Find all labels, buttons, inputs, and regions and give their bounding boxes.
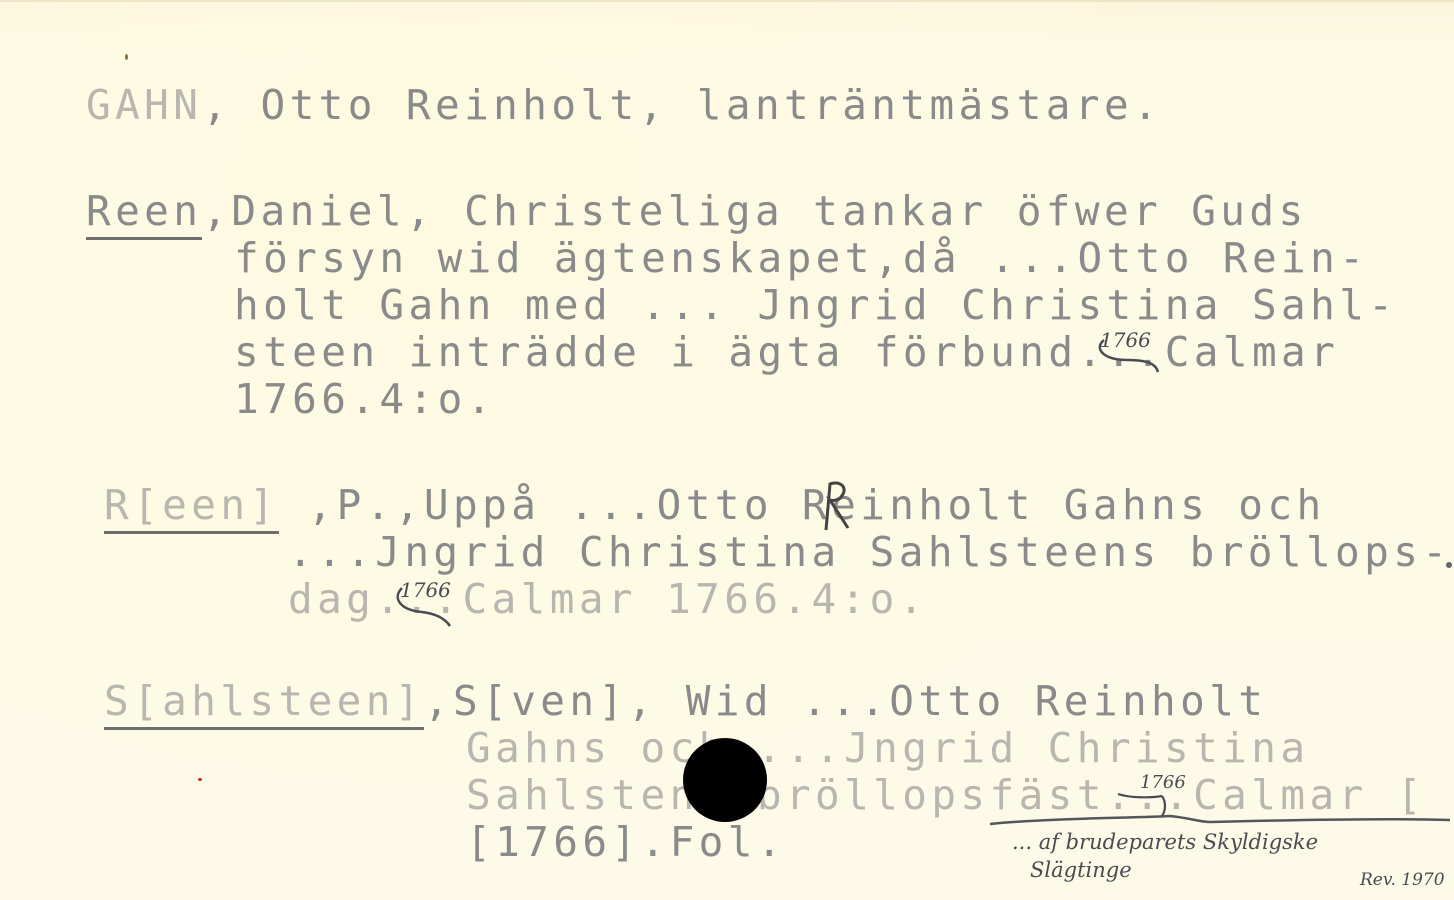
entry-3-text-1: ,S[ven], Wid ...Otto Reinholt bbox=[424, 677, 1267, 725]
entry-3-line-1: S[ahlsteen],S[ven], Wid ...Otto Reinholt bbox=[104, 678, 1267, 725]
paper-speck bbox=[198, 778, 202, 781]
heading-rest: , Otto Reinholt, lanträntmästare. bbox=[202, 81, 1162, 129]
entry-3-author: S[ahlsteen] bbox=[104, 677, 424, 730]
entry-1-line-5: 1766.4:o. bbox=[234, 376, 496, 423]
entry-2-line-3: dag...Calmar 1766.4:o. bbox=[288, 576, 928, 623]
entry-2-line-1: R[een] ,P.,Uppå ...Otto Reinholt Gahns o… bbox=[104, 482, 1326, 529]
paper-speck bbox=[1446, 562, 1452, 568]
catalogue-card: GAHN, Otto Reinholt, lanträntmästare. Re… bbox=[0, 0, 1454, 900]
entry-1-line-1: Reen,Daniel, Christeliga tankar öfwer Gu… bbox=[86, 188, 1308, 235]
entry-3-line-2: Gahns och ...Jngrid Christina bbox=[466, 725, 1309, 772]
paper-speck bbox=[125, 54, 128, 60]
card-heading: GAHN, Otto Reinholt, lanträntmästare. bbox=[86, 82, 1162, 129]
punch-hole bbox=[683, 738, 767, 822]
entry-1-text-1: ,Daniel, Christeliga tankar öfwer Guds bbox=[202, 187, 1307, 235]
entry-1-omission-mark bbox=[1092, 338, 1172, 374]
entry-2-text-1: ,P.,Uppå ...Otto Reinholt Gahns och bbox=[279, 481, 1326, 529]
entry-1-line-4: steen inträdde i ägta förbund...Calmar bbox=[234, 329, 1339, 376]
heading-surname: GAHN bbox=[86, 81, 202, 129]
entry-2-omission-mark bbox=[392, 586, 462, 628]
entry-3-brace-mark bbox=[990, 782, 1454, 832]
entry-2-author: R[een] bbox=[104, 481, 279, 534]
revision-note: Rev. 1970 bbox=[1360, 870, 1445, 890]
handwritten-note-line-1: ... af brudeparets Skyldigske bbox=[1012, 830, 1318, 854]
handwritten-r-correction bbox=[818, 480, 858, 532]
entry-1-author: Reen bbox=[86, 187, 202, 240]
entry-2-line-2: ...Jngrid Christina Sahlsteens bröllops- bbox=[288, 529, 1451, 576]
handwritten-note-line-2: Slägtinge bbox=[1030, 858, 1132, 882]
entry-1-line-3: holt Gahn med ... Jngrid Christina Sahl- bbox=[234, 282, 1397, 329]
entry-1-line-2: försyn wid ägtenskapet,då ...Otto Rein- bbox=[234, 235, 1368, 282]
entry-3-line-4: [1766].Fol. bbox=[466, 819, 786, 866]
